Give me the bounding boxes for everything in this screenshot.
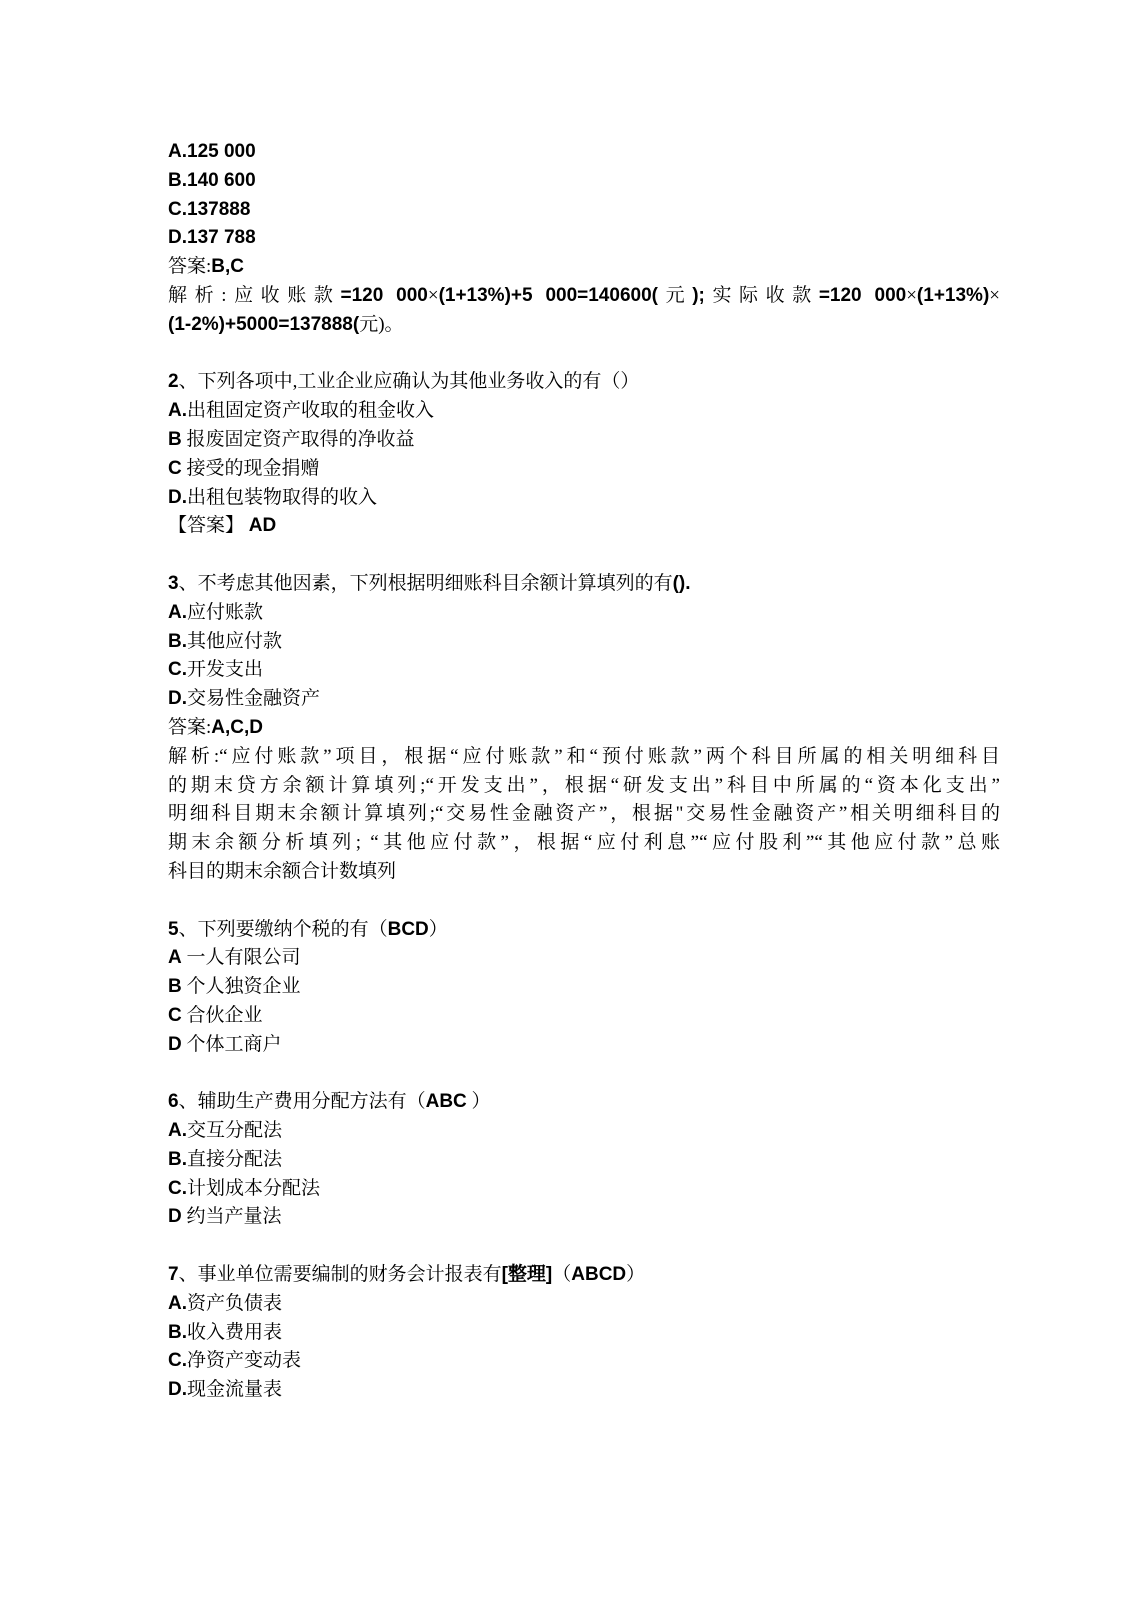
text-segment: 现金流量表 bbox=[187, 1379, 282, 1400]
bold-text-segment: ABCD bbox=[571, 1264, 626, 1285]
text-segment: 实际收款 bbox=[705, 285, 819, 306]
question-5: 5、下列要缴纳个税的有（BCD）A 一人有限公司B 个人独资企业C 合伙企业D … bbox=[168, 916, 1000, 1060]
bold-text-segment: 7 bbox=[168, 1264, 179, 1285]
text-line: D.现金流量表 bbox=[168, 1376, 1000, 1405]
text-line: B.直接分配法 bbox=[168, 1146, 1000, 1175]
text-line: 7、事业单位需要编制的财务会计报表有[整理]（ABCD） bbox=[168, 1261, 1000, 1290]
text-segment: 接受的现金捐赠 bbox=[182, 458, 320, 479]
bold-text-segment: =120 000 bbox=[340, 285, 427, 306]
text-line: 解析:“应付账款”项目，根据“应付账款”和“预付账款”两个科目所属的相关明细科目 bbox=[168, 743, 1000, 772]
text-segment: 计划成本分配法 bbox=[187, 1178, 320, 1199]
text-segment: 、辅助生产费用分配方法有（ bbox=[179, 1091, 426, 1112]
bold-text-segment: A. bbox=[168, 602, 187, 623]
text-segment: 应付账款 bbox=[187, 602, 263, 623]
text-segment: 净资产变动表 bbox=[187, 1350, 301, 1371]
text-line: D.交易性金融资产 bbox=[168, 685, 1000, 714]
text-line: C 合伙企业 bbox=[168, 1002, 1000, 1031]
text-segment: 开发支出 bbox=[187, 659, 263, 680]
text-line: 3、不考虑其他因素，下列根据明细账科目余额计算填列的有(). bbox=[168, 570, 1000, 599]
text-segment: 元 bbox=[359, 314, 378, 335]
text-segment: 收入费用表 bbox=[187, 1322, 282, 1343]
text-segment: 交易性金融资产 bbox=[187, 688, 320, 709]
text-line: 答案:A,C,D bbox=[168, 714, 1000, 743]
text-line: (1-2%)+5000=137888(元)。 bbox=[168, 311, 1000, 340]
bold-text-segment: B,C bbox=[211, 256, 244, 277]
text-line: A.出租固定资产收取的租金收入 bbox=[168, 397, 1000, 426]
text-line: B 报废固定资产取得的净收益 bbox=[168, 426, 1000, 455]
bold-text-segment: C bbox=[168, 458, 182, 479]
question-7: 7、事业单位需要编制的财务会计报表有[整理]（ABCD）A.资产负债表B.收入费… bbox=[168, 1261, 1000, 1405]
text-segment: 科目的期末余额合计数填列 bbox=[168, 861, 396, 882]
bold-text-segment: AD bbox=[249, 515, 276, 536]
text-segment: )。 bbox=[378, 314, 403, 335]
text-segment: 、不考虑其他因素，下列根据明细账科目余额计算填列的有 bbox=[179, 573, 673, 594]
bold-text-segment: [整理] bbox=[502, 1264, 553, 1285]
bold-text-segment: (1-2%)+5000=137888( bbox=[168, 314, 359, 335]
bold-text-segment: B bbox=[168, 976, 182, 997]
bold-text-segment: C. bbox=[168, 1350, 187, 1371]
bold-text-segment: 5 bbox=[168, 919, 179, 940]
text-segment: 期末余额分析填列; “其他应付款”，根据“应付利息”“应付股利”“其他应付款”总… bbox=[168, 832, 1000, 853]
text-segment: 出租包装物取得的收入 bbox=[187, 487, 377, 508]
text-segment: 、下列各项中,工业企业应确认为其他业务收入的有（） bbox=[179, 371, 640, 392]
text-segment: 合伙企业 bbox=[182, 1005, 263, 1026]
question-3: 3、不考虑其他因素，下列根据明细账科目余额计算填列的有().A.应付账款B.其他… bbox=[168, 570, 1000, 887]
text-segment: （ bbox=[552, 1264, 571, 1285]
text-segment: 明细科目期末余额计算填列;“交易性金融资产”，根据"交易性金融资产”相关明细科目… bbox=[168, 803, 1000, 824]
question-2: 2、下列各项中,工业企业应确认为其他业务收入的有（）A.出租固定资产收取的租金收… bbox=[168, 368, 1000, 541]
bold-text-segment: B. bbox=[168, 1322, 187, 1343]
bold-text-segment: A. bbox=[168, 1293, 187, 1314]
text-segment: 约当产量法 bbox=[182, 1206, 282, 1227]
bold-text-segment: C. bbox=[168, 1178, 187, 1199]
bold-text-segment: B. bbox=[168, 1149, 187, 1170]
bold-text-segment: A. bbox=[168, 1120, 187, 1141]
bold-text-segment: D. bbox=[168, 487, 187, 508]
document-content: A.125 000B.140 600C.137888D.137 788答案:B,… bbox=[168, 138, 1000, 1405]
bold-text-segment: D bbox=[168, 1034, 182, 1055]
text-line: A 一人有限公司 bbox=[168, 944, 1000, 973]
bold-text-segment: A,C,D bbox=[211, 717, 263, 738]
text-segment: 其他应付款 bbox=[187, 631, 282, 652]
text-line: C.开发支出 bbox=[168, 656, 1000, 685]
text-line: 【答案】 AD bbox=[168, 512, 1000, 541]
text-segment: ） bbox=[467, 1091, 491, 1112]
text-line: B.140 600 bbox=[168, 167, 1000, 196]
text-line: B.收入费用表 bbox=[168, 1319, 1000, 1348]
bold-text-segment: ABC bbox=[426, 1091, 467, 1112]
bold-text-segment: (1+13%) bbox=[917, 285, 989, 306]
text-segment: 答案: bbox=[168, 256, 211, 277]
text-line: A.资产负债表 bbox=[168, 1290, 1000, 1319]
bold-text-segment: 2 bbox=[168, 371, 179, 392]
bold-text-segment: ); bbox=[692, 285, 705, 306]
question-1-options-answer-analysis: A.125 000B.140 600C.137888D.137 788答案:B,… bbox=[168, 138, 1000, 340]
bold-text-segment: 3 bbox=[168, 573, 179, 594]
text-segment: 、事业单位需要编制的财务会计报表有 bbox=[179, 1264, 502, 1285]
text-segment: 报废固定资产取得的净收益 bbox=[182, 429, 415, 450]
bold-text-segment: D. bbox=[168, 688, 187, 709]
text-segment: ） bbox=[429, 919, 448, 940]
text-segment: 出租固定资产收取的租金收入 bbox=[187, 400, 434, 421]
text-line: A.交互分配法 bbox=[168, 1117, 1000, 1146]
document-page: A.125 000B.140 600C.137888D.137 788答案:B,… bbox=[0, 0, 1131, 1600]
text-line: B 个人独资企业 bbox=[168, 973, 1000, 1002]
bold-text-segment: BCD bbox=[388, 919, 429, 940]
bold-text-segment: (1+13%)+5 000=140600( bbox=[439, 285, 658, 306]
text-line: 明细科目期末余额计算填列;“交易性金融资产”，根据"交易性金融资产”相关明细科目… bbox=[168, 800, 1000, 829]
text-segment: × bbox=[906, 285, 917, 306]
text-segment: 元 bbox=[658, 285, 692, 306]
text-segment: ） bbox=[626, 1264, 645, 1285]
text-segment: 的期末贷方余额计算填列;“开发支出”，根据“研发支出”科目中所属的“资本化支出” bbox=[168, 775, 1000, 796]
bold-text-segment: B bbox=[168, 429, 182, 450]
bold-text-segment: 6 bbox=[168, 1091, 179, 1112]
text-segment: × bbox=[989, 285, 1000, 306]
bold-text-segment: D bbox=[168, 1206, 182, 1227]
text-line: A.125 000 bbox=[168, 138, 1000, 167]
text-line: D 个体工商户 bbox=[168, 1031, 1000, 1060]
text-line: C.净资产变动表 bbox=[168, 1347, 1000, 1376]
text-line: C.137888 bbox=[168, 196, 1000, 225]
text-line: 6、辅助生产费用分配方法有（ABC ） bbox=[168, 1088, 1000, 1117]
text-line: B.其他应付款 bbox=[168, 628, 1000, 657]
text-segment: 一人有限公司 bbox=[182, 947, 301, 968]
text-line: 2、下列各项中,工业企业应确认为其他业务收入的有（） bbox=[168, 368, 1000, 397]
text-line: 期末余额分析填列; “其他应付款”，根据“应付利息”“应付股利”“其他应付款”总… bbox=[168, 829, 1000, 858]
text-segment: 个体工商户 bbox=[182, 1034, 282, 1055]
text-line: C.计划成本分配法 bbox=[168, 1175, 1000, 1204]
bold-text-segment: (). bbox=[673, 573, 691, 594]
bold-text-segment: C. bbox=[168, 659, 187, 680]
text-line: 5、下列要缴纳个税的有（BCD） bbox=[168, 916, 1000, 945]
question-6: 6、辅助生产费用分配方法有（ABC ）A.交互分配法B.直接分配法C.计划成本分… bbox=[168, 1088, 1000, 1232]
text-line: 解析:应收账款=120 000×(1+13%)+5 000=140600(元);… bbox=[168, 282, 1000, 311]
text-line: D 约当产量法 bbox=[168, 1203, 1000, 1232]
text-line: 科目的期末余额合计数填列 bbox=[168, 858, 1000, 887]
text-line: 答案:B,C bbox=[168, 253, 1000, 282]
text-segment: × bbox=[428, 285, 439, 306]
bold-text-segment: C bbox=[168, 1005, 182, 1026]
text-line: D.出租包装物取得的收入 bbox=[168, 484, 1000, 513]
bold-text-segment: =120 000 bbox=[819, 285, 906, 306]
bold-text-segment: A bbox=[168, 947, 182, 968]
bold-text-segment: A. bbox=[168, 400, 187, 421]
bold-text-segment: B.140 600 bbox=[168, 170, 256, 191]
bold-text-segment: B. bbox=[168, 631, 187, 652]
text-line: D.137 788 bbox=[168, 224, 1000, 253]
bold-text-segment: D. bbox=[168, 1379, 187, 1400]
text-segment: 个人独资企业 bbox=[182, 976, 301, 997]
bold-text-segment: D.137 788 bbox=[168, 227, 256, 248]
text-segment: 交互分配法 bbox=[187, 1120, 282, 1141]
text-segment: 资产负债表 bbox=[187, 1293, 282, 1314]
text-segment: 答案: bbox=[168, 717, 211, 738]
text-line: 的期末贷方余额计算填列;“开发支出”，根据“研发支出”科目中所属的“资本化支出” bbox=[168, 772, 1000, 801]
bold-text-segment: C.137888 bbox=[168, 199, 250, 220]
text-line: A.应付账款 bbox=[168, 599, 1000, 628]
text-segment: 【答案】 bbox=[168, 515, 249, 536]
text-segment: 解析:应收账款 bbox=[168, 285, 340, 306]
text-segment: 、下列要缴纳个税的有（ bbox=[179, 919, 388, 940]
bold-text-segment: A.125 000 bbox=[168, 141, 256, 162]
text-segment: 直接分配法 bbox=[187, 1149, 282, 1170]
text-line: C 接受的现金捐赠 bbox=[168, 455, 1000, 484]
text-segment: 解析:“应付账款”项目，根据“应付账款”和“预付账款”两个科目所属的相关明细科目 bbox=[168, 746, 1000, 767]
